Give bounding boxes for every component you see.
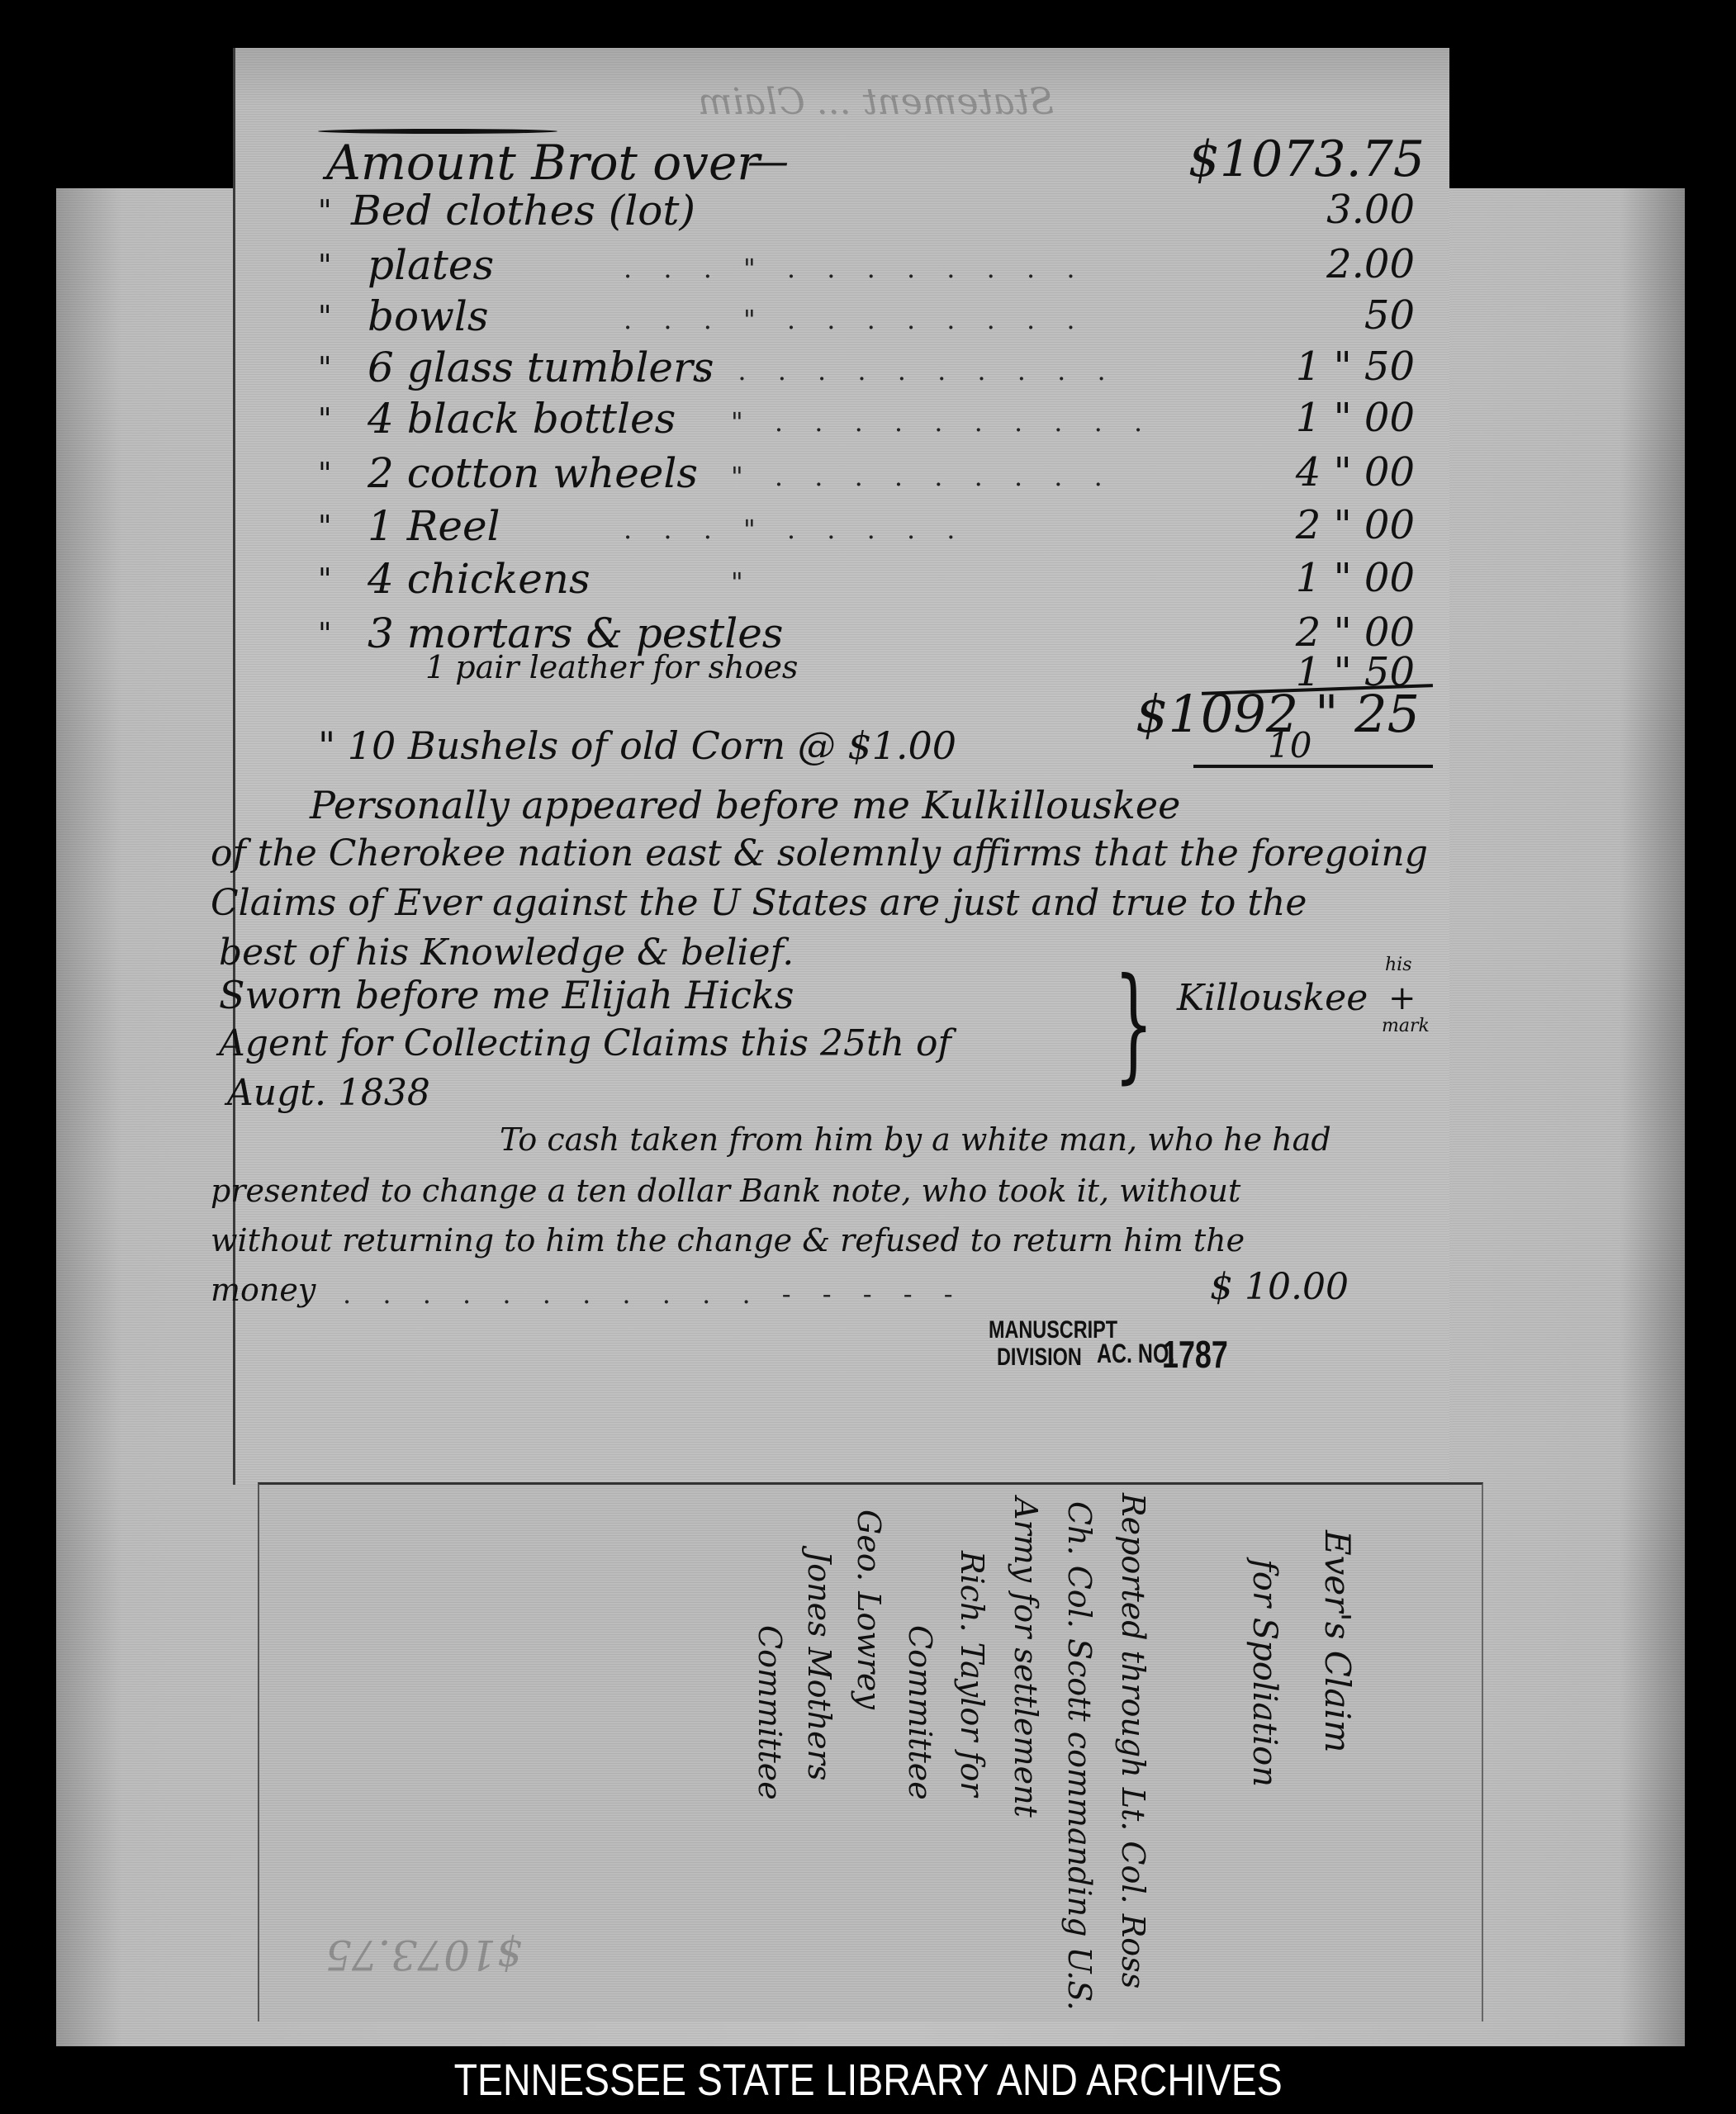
item-description: 2 cotton wheels	[368, 449, 698, 497]
item-description: plates	[368, 241, 494, 289]
affidavit-line: Personally appeared before me Kulkillous…	[310, 783, 1180, 827]
item-description: bowls	[368, 292, 489, 340]
leader-dots: . . . " . . . . .	[624, 514, 966, 545]
signature-his: his	[1385, 955, 1412, 975]
stamp-ac-number: 1787	[1162, 1334, 1228, 1374]
item-amount: 1 " 00	[1296, 555, 1415, 601]
docket-line: Geo. Lowrey	[851, 1510, 887, 1709]
signature-mark-label: mark	[1382, 1016, 1430, 1036]
cash-claim-line: To cash taken from him by a white man, w…	[500, 1121, 1331, 1158]
item-amount: 3.00	[1326, 187, 1415, 233]
list-item: " 6 glass tumblers . . . . . . . . . . .…	[235, 344, 1449, 393]
docket-title: Ever's Claim	[1317, 1530, 1358, 1753]
item-description: 6 glass tumblers	[368, 344, 714, 391]
leader-dots: . . . . . . . . . . . - - - - -	[343, 1278, 965, 1310]
item-description: 1 Reel	[368, 502, 500, 550]
list-item: " 4 chickens " 1 " 00	[235, 555, 1449, 604]
leader-dots: " . . . . . . . . .	[731, 461, 1114, 492]
brace: }	[1114, 952, 1154, 1096]
bleed-through-header: Statement ... Claim	[698, 81, 1054, 123]
carried-over-label: Amount Brot over	[326, 135, 760, 191]
ditto-mark: "	[318, 301, 332, 334]
total-rule	[1193, 765, 1433, 768]
affidavit-line: Claims of Ever against the U States are …	[211, 882, 1307, 924]
affidavit-line: of the Cherokee nation east & solemnly a…	[211, 832, 1428, 875]
item-description: 4 chickens	[368, 555, 591, 603]
list-item: " 2 cotton wheels " . . . . . . . . . 4 …	[235, 449, 1449, 499]
ditto-mark: "	[318, 563, 332, 597]
sworn-line-2: Agent for Collecting Claims this 25th of	[219, 1022, 951, 1064]
leader-dots: . . . " . . . . . . . .	[624, 253, 1087, 284]
docket-line: Committee	[752, 1625, 788, 1800]
signature-name: Killouskee	[1177, 977, 1368, 1019]
ditto-mark: "	[318, 510, 332, 544]
ditto-mark: "	[318, 195, 332, 229]
docket-line: Ch. Col. Scott commanding U.S.	[1061, 1501, 1098, 2011]
list-item: " bowls . . . " . . . . . . . . 50	[235, 292, 1449, 342]
manuscript-page: Statement ... Claim Amount Brot over — $…	[233, 48, 1449, 1485]
leader-dots: "	[731, 566, 755, 598]
leader-dots: . . . . . . . . . . .	[698, 355, 1117, 386]
affidavit-line: best of his Knowledge & belief.	[219, 931, 794, 974]
cash-amount: $ 10.00	[1210, 1266, 1349, 1308]
item-description: 1 pair leather for shoes	[425, 649, 798, 685]
item-amount: 2.00	[1326, 241, 1415, 287]
list-item: " plates . . . " . . . . . . . . 2.00	[235, 241, 1449, 291]
docket-line: Jones Mothers	[801, 1551, 837, 1780]
ditto-mark: "	[318, 618, 332, 652]
signature-mark-symbol: +	[1388, 979, 1416, 1017]
ditto-mark: "	[318, 403, 332, 437]
archive-banner: TENNESSEE STATE LIBRARY AND ARCHIVES	[0, 2046, 1736, 2114]
strike-line	[318, 129, 557, 134]
item-amount: 50	[1364, 292, 1415, 339]
list-item: " Bed clothes (lot) 3.00	[235, 187, 1449, 236]
archive-name: TENNESSEE STATE LIBRARY AND ARCHIVES	[453, 2055, 1282, 2106]
sworn-date: Augt. 1838	[227, 1072, 430, 1114]
cash-claim-line: money	[211, 1272, 315, 1308]
item-description: Bed clothes (lot)	[351, 187, 695, 235]
item-amount: 1 " 50	[1296, 344, 1415, 390]
cash-claim-line: presented to change a ten dollar Bank no…	[211, 1173, 1240, 1209]
docket-line: Rich. Taylor for	[954, 1551, 990, 1797]
ditto-mark: "	[318, 249, 332, 283]
docket-panel: Ever's Claim for Spoliation Reported thr…	[258, 1482, 1483, 2022]
item-description: 4 black bottles	[368, 395, 676, 443]
bleed-through-total: $1073.75	[325, 1931, 523, 1979]
docket-line: Committee	[902, 1625, 938, 1800]
sworn-line-1: Sworn before me Elijah Hicks	[219, 973, 794, 1017]
dash: —	[747, 137, 789, 185]
leader-dots: " . . . . . . . . . .	[731, 406, 1154, 438]
item-amount: 4 " 00	[1296, 449, 1415, 495]
stamp-line-2: DIVISION	[997, 1344, 1082, 1371]
list-item: " 4 black bottles " . . . . . . . . . . …	[235, 395, 1449, 444]
docket-line: Reported through Lt. Col. Ross	[1115, 1493, 1151, 1988]
leader-dots: . . . " . . . . . . . .	[624, 304, 1087, 335]
ditto-mark: "	[318, 457, 332, 491]
item-amount: 1 " 00	[1296, 395, 1415, 441]
ditto-mark: "	[318, 352, 332, 386]
docket-line: Army for settlement	[1008, 1497, 1044, 1818]
corn-amount: 10	[1268, 725, 1311, 765]
corn-item: " 10 Bushels of old Corn @ $1.00	[318, 723, 956, 768]
item-amount: 2 " 00	[1296, 502, 1415, 548]
list-item: " 1 Reel . . . " . . . . . 2 " 00	[235, 502, 1449, 552]
carried-over-amount: $1073.75	[1188, 130, 1425, 188]
cash-claim-line: without returning to him the change & re…	[211, 1222, 1245, 1258]
docket-subtitle: for Spoliation	[1245, 1559, 1283, 1787]
